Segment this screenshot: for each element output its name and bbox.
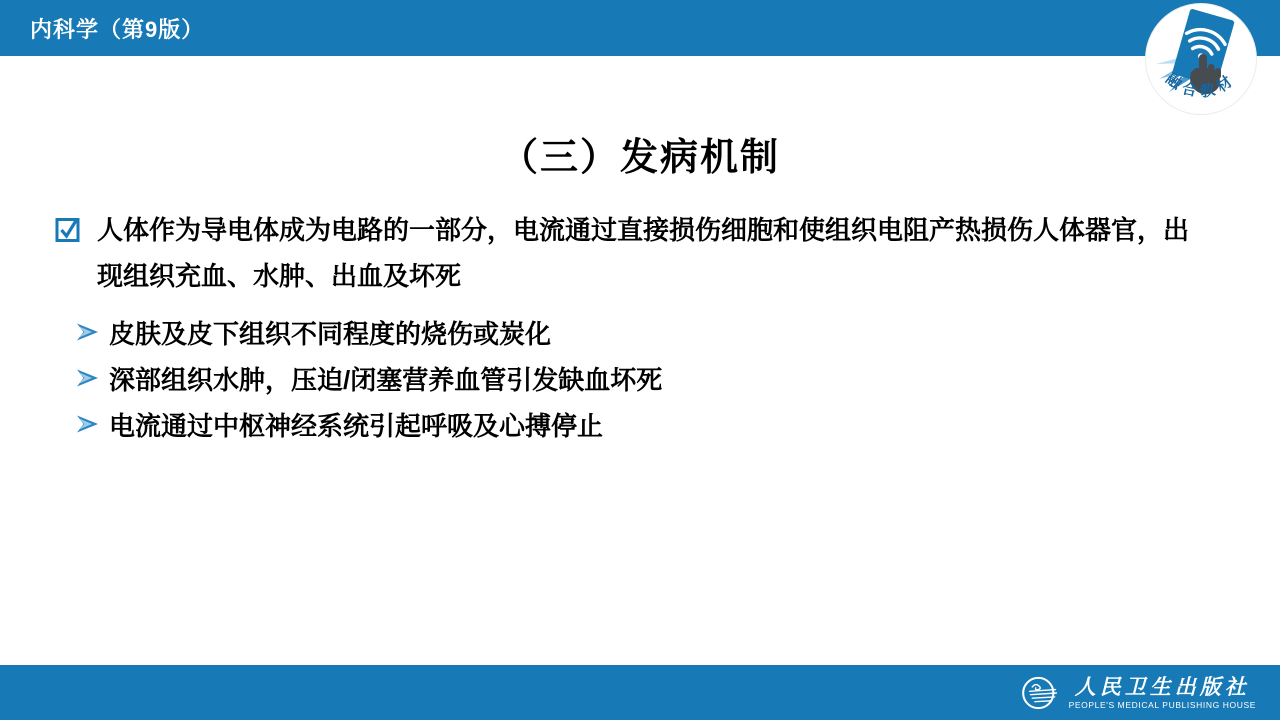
footer-bar: 人民卫生出版社 PEOPLE'S MEDICAL PUBLISHING HOUS… <box>0 665 1280 720</box>
publisher-name-en: PEOPLE'S MEDICAL PUBLISHING HOUSE <box>1069 700 1256 710</box>
arrow-bullet-icon <box>77 414 99 434</box>
main-bullet: 人体作为导电体成为电路的一部分，电流通过直接损伤细胞和使组织电阻产热损伤人体器官… <box>55 207 1280 299</box>
fusion-textbook-logo-icon: 融合教材 <box>1144 2 1258 116</box>
presentation-slide: 内科学（第9版） <box>0 0 1280 720</box>
slide-title: （三）发病机制 <box>0 126 1280 181</box>
sub-bullet-item: 皮肤及皮下组织不同程度的烧伤或炭化 <box>77 309 1280 355</box>
publisher-name-cn: 人民卫生出版社 <box>1075 676 1250 698</box>
arrow-bullet-icon <box>77 322 99 342</box>
sub-bullet-text: 电流通过中枢神经系统引起呼吸及心搏停止 <box>109 406 603 443</box>
publisher-text: 人民卫生出版社 PEOPLE'S MEDICAL PUBLISHING HOUS… <box>1069 676 1256 710</box>
publisher-logo-icon <box>1021 674 1059 712</box>
book-title: 内科学（第9版） <box>30 13 204 44</box>
sub-bullet-item: 深部组织水肿，压迫/闭塞营养血管引发缺血坏死 <box>77 355 1280 401</box>
main-bullet-text: 人体作为导电体成为电路的一部分，电流通过直接损伤细胞和使组织电阻产热损伤人体器官… <box>97 207 1199 299</box>
sub-bullet-item: 电流通过中枢神经系统引起呼吸及心搏停止 <box>77 401 1280 447</box>
fusion-textbook-badge: 融合教材 <box>1144 2 1258 116</box>
header-bar: 内科学（第9版） <box>0 0 1280 56</box>
sub-bullet-list: 皮肤及皮下组织不同程度的烧伤或炭化 深部组织水肿，压迫/闭塞营养血管引发缺血坏死 <box>55 309 1280 447</box>
sub-bullet-text: 皮肤及皮下组织不同程度的烧伤或炭化 <box>109 314 551 351</box>
checkbox-icon <box>55 216 82 243</box>
slide-content: 人体作为导电体成为电路的一部分，电流通过直接损伤细胞和使组织电阻产热损伤人体器官… <box>0 207 1280 447</box>
sub-bullet-text: 深部组织水肿，压迫/闭塞营养血管引发缺血坏死 <box>109 360 662 397</box>
arrow-bullet-icon <box>77 368 99 388</box>
